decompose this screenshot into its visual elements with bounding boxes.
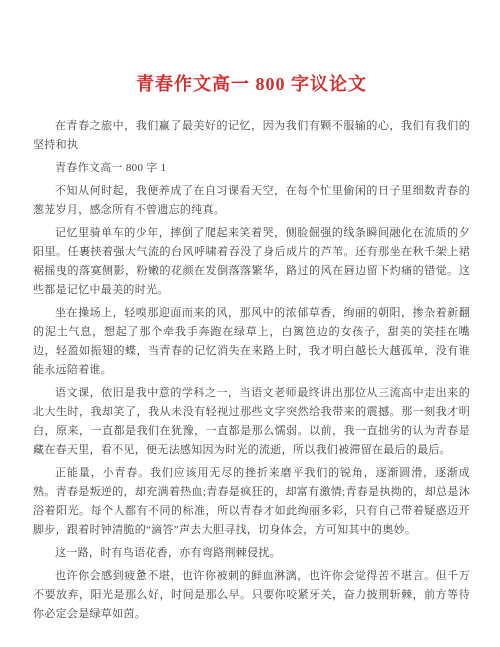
essay-paragraph: 不知从何时起，我便养成了在自习课看天空，在每个忙里偷闲的日子里细数青春的葱茏岁月…	[33, 182, 470, 220]
document-page: 青春作文高一 800 字议论文 在青春之旅中，我们赢了最美好的记忆，因为我们有颗…	[0, 0, 500, 647]
essay-paragraph: 也许你会感到疲惫不堪，也许你被刺的鲜血淋漓，也许你会觉得苦不堪言。但千万不要放弃…	[33, 567, 470, 624]
essay-title: 青春作文高一 800 字议论文	[33, 72, 470, 96]
essay-paragraph: 坐在操场上，轻嗅那迎面而来的风，那风中的浓郁草香，绚丽的朝阳，掺杂着新翻的泥土气…	[33, 304, 470, 380]
essay-paragraph: 正能量，小青春。我们应该用无尽的挫折来磨平我们的锐角，逐渐圆滑，逐渐成熟。青春是…	[33, 464, 470, 540]
essay-paragraph: 在青春之旅中，我们赢了最美好的记忆，因为我们有颗不服输的心，我们有我们的坚持和执	[33, 117, 470, 155]
essay-paragraph: 这一路，时有鸟语花香，亦有弯路荆棘侵扰。	[33, 544, 470, 563]
essay-body: 在青春之旅中，我们赢了最美好的记忆，因为我们有颗不服输的心，我们有我们的坚持和执…	[33, 117, 470, 624]
essay-paragraph: 记忆里骑单车的少年，摔倒了爬起来笑着哭，侧脸倔强的线条瞬间融化在流质的夕阳里。任…	[33, 224, 470, 300]
essay-subtitle: 青春作文高一 800 字 1	[33, 159, 470, 178]
essay-paragraph: 语文课，依旧是我中意的学科之一，当语文老师最终讲出那位从三流高中走出来的北大生时…	[33, 384, 470, 460]
